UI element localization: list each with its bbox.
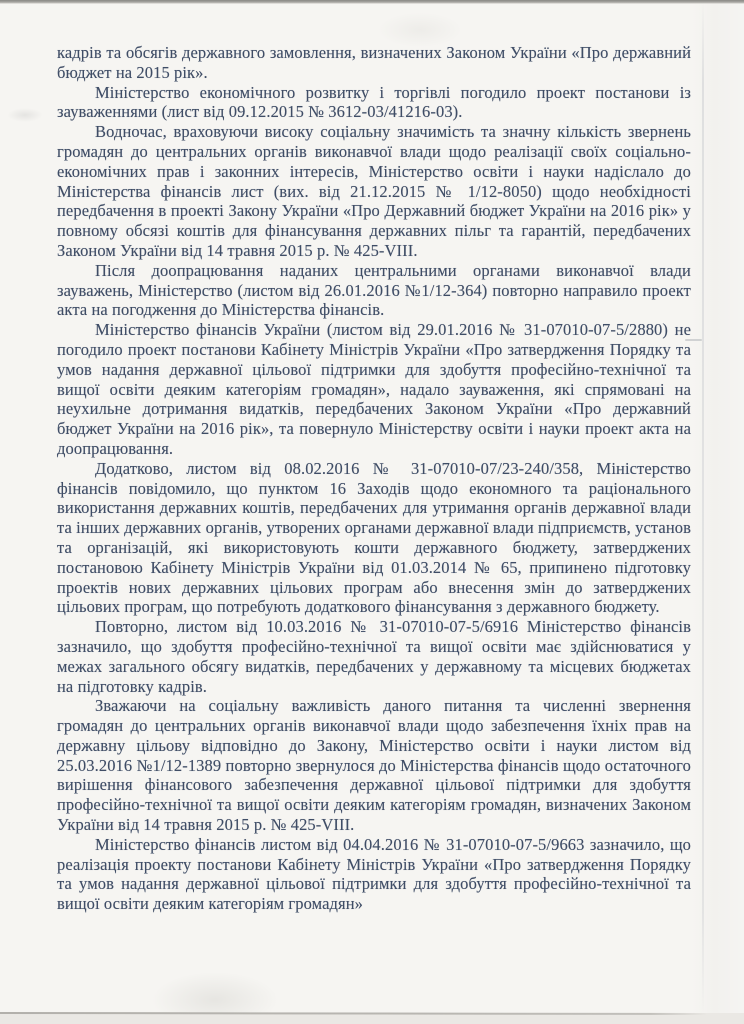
document-paragraph: кадрів та обсягів державного замовлення,… <box>57 43 691 83</box>
document-paragraph: Після доопрацювання наданих центральними… <box>57 261 691 320</box>
scan-artifact-tick-mark <box>685 339 702 341</box>
scan-top-edge-shadow <box>0 0 744 4</box>
document-paragraph: Водночас, враховуючи високу соціальну зн… <box>57 122 691 261</box>
document-paragraph: Повторно, листом від 10.03.2016 № 31-070… <box>57 617 691 696</box>
document-paragraph: Зважаючи на соціальну важливість даного … <box>57 696 691 835</box>
document-paragraph: Міністерство фінансів України (листом ві… <box>57 320 691 459</box>
scanned-page: кадрів та обсягів державного замовлення,… <box>0 0 744 1024</box>
scan-artifact-vertical-streak <box>702 2 704 1014</box>
document-paragraph: Міністерство економічного розвитку і тор… <box>57 83 691 123</box>
document-paragraph: Міністерство фінансів листом від 04.04.2… <box>57 835 691 914</box>
document-text-body: кадрів та обсягів державного замовлення,… <box>57 43 691 914</box>
document-paragraph: Додатково, листом від 08.02.2016 № 31-07… <box>57 459 691 617</box>
